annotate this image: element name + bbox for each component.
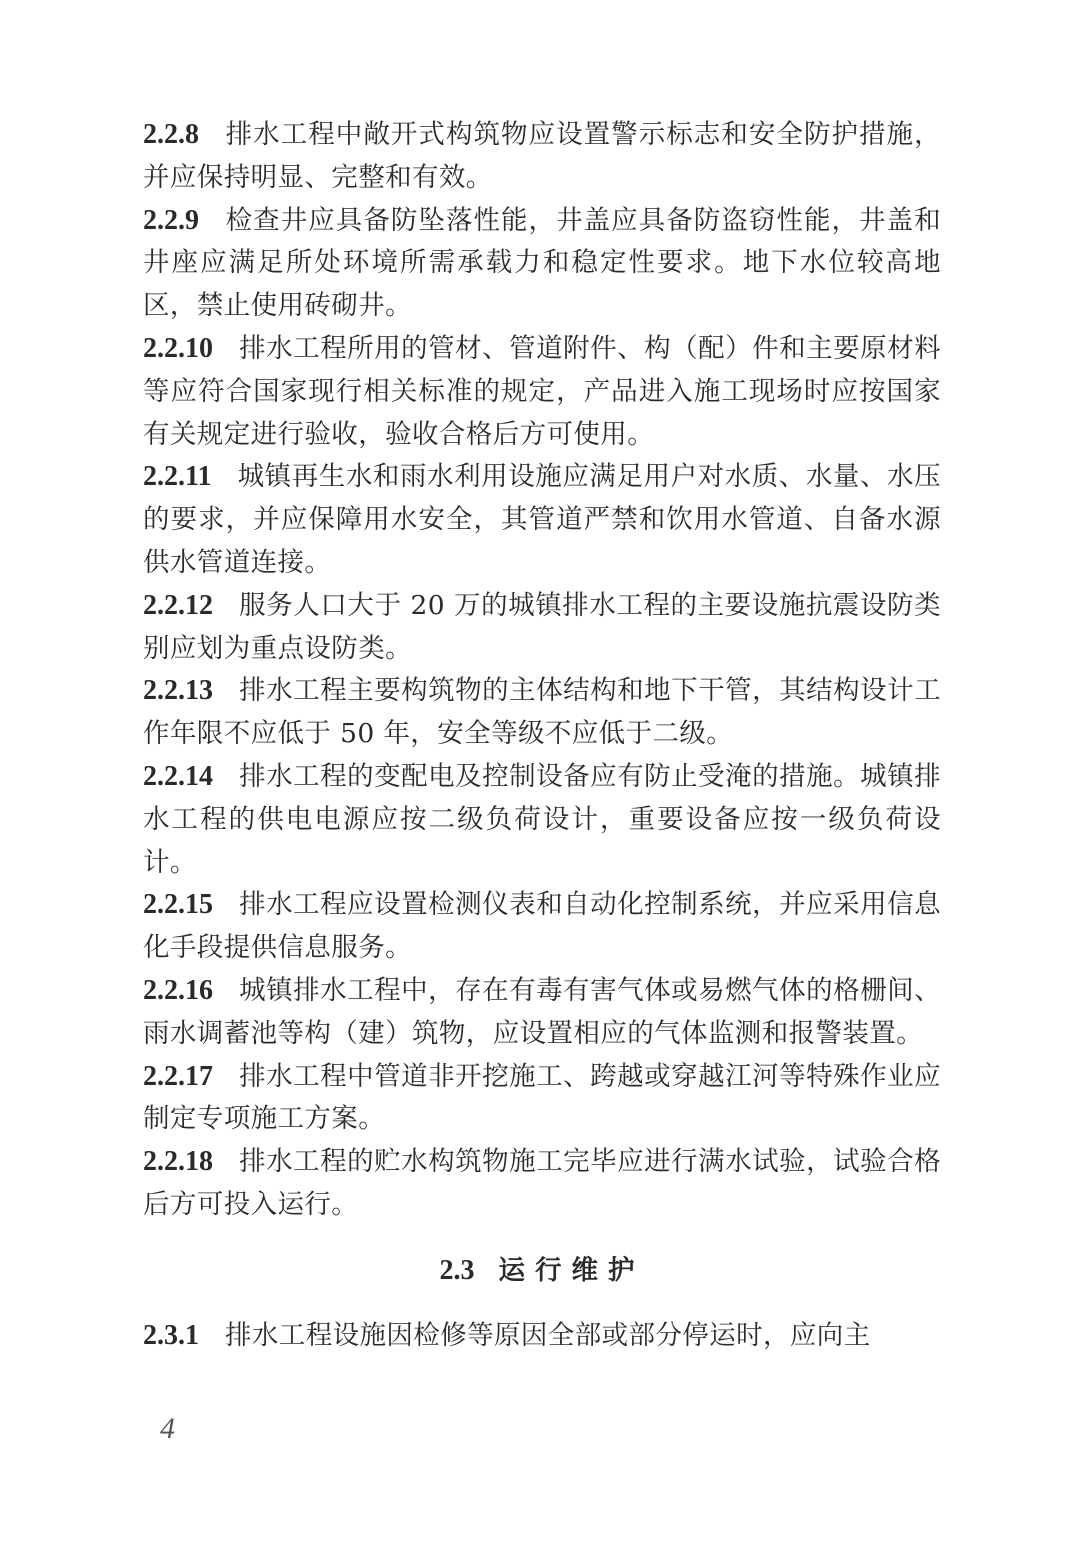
clause-2-2-13: 2.2.13排水工程主要构筑物的主体结构和地下干管，其结构设计工作年限不应低于 …	[143, 670, 941, 756]
clause-2-2-11: 2.2.11城镇再生水和雨水利用设施应满足用户对水质、水量、水压的要求，并应保障…	[143, 456, 941, 584]
clause-number: 2.2.13	[143, 675, 213, 706]
clause-2-2-9: 2.2.9检查井应具备防坠落性能，井盖应具备防盗窃性能，井盖和井座应满足所处环境…	[143, 200, 941, 328]
clause-number: 2.2.12	[143, 590, 213, 621]
section-title-text: 运行维护	[499, 1255, 645, 1286]
clause-number: 2.2.17	[143, 1061, 213, 1092]
clause-number: 2.2.16	[143, 975, 213, 1006]
clause-text: 排水工程主要构筑物的主体结构和地下干管，其结构设计工作年限不应低于 50 年，安…	[143, 675, 941, 749]
clause-text: 排水工程中敞开式构筑物应设置警示标志和安全防护措施，并应保持明显、完整和有效。	[143, 119, 941, 193]
clause-text: 服务人口大于 20 万的城镇排水工程的主要设施抗震设防类别应划为重点设防类。	[143, 590, 941, 664]
clause-number: 2.2.10	[143, 333, 213, 364]
clause-2-2-14: 2.2.14排水工程的变配电及控制设备应有防止受淹的措施。城镇排水工程的供电电源…	[143, 756, 941, 884]
section-number: 2.3	[440, 1255, 475, 1286]
clause-text: 排水工程应设置检测仪表和自动化控制系统，并应采用信息化手段提供信息服务。	[143, 889, 941, 963]
clause-2-2-15: 2.2.15排水工程应设置检测仪表和自动化控制系统，并应采用信息化手段提供信息服…	[143, 884, 941, 970]
document-page: 2.2.8排水工程中敞开式构筑物应设置警示标志和安全防护措施，并应保持明显、完整…	[143, 114, 941, 1357]
clause-2-2-18: 2.2.18排水工程的贮水构筑物施工完毕应进行满水试验，试验合格后方可投入运行。	[143, 1141, 941, 1227]
clause-text: 排水工程的变配电及控制设备应有防止受淹的措施。城镇排水工程的供电电源应按二级负荷…	[143, 761, 941, 878]
clause-number: 2.2.18	[143, 1146, 213, 1177]
clause-text: 检查井应具备防坠落性能，井盖应具备防盗窃性能，井盖和井座应满足所处环境所需承载力…	[143, 205, 941, 322]
clause-number: 2.2.14	[143, 761, 213, 792]
clause-number: 2.2.11	[143, 461, 211, 492]
clause-text: 城镇再生水和雨水利用设施应满足用户对水质、水量、水压的要求，并应保障用水安全，其…	[143, 461, 941, 578]
clause-text: 排水工程所用的管材、管道附件、构（配）件和主要原材料等应符合国家现行相关标准的规…	[143, 333, 941, 450]
clause-number: 2.2.9	[143, 205, 199, 236]
clause-2-2-16: 2.2.16城镇排水工程中，存在有毒有害气体或易燃气体的格栅间、雨水调蓄池等构（…	[143, 970, 941, 1056]
section-heading: 2.3运行维护	[143, 1250, 941, 1293]
clause-number: 2.3.1	[143, 1320, 199, 1351]
page-number: 4	[160, 1412, 175, 1446]
clause-text: 排水工程中管道非开挖施工、跨越或穿越江河等特殊作业应制定专项施工方案。	[143, 1061, 941, 1135]
clause-2-2-10: 2.2.10排水工程所用的管材、管道附件、构（配）件和主要原材料等应符合国家现行…	[143, 328, 941, 456]
clause-number: 2.2.8	[143, 119, 199, 150]
clause-text: 城镇排水工程中，存在有毒有害气体或易燃气体的格栅间、雨水调蓄池等构（建）筑物，应…	[143, 975, 941, 1049]
clause-2-3-1: 2.3.1排水工程设施因检修等原因全部或部分停运时，应向主	[143, 1315, 941, 1358]
clause-2-2-8: 2.2.8排水工程中敞开式构筑物应设置警示标志和安全防护措施，并应保持明显、完整…	[143, 114, 941, 200]
clause-text: 排水工程设施因检修等原因全部或部分停运时，应向主	[225, 1320, 871, 1351]
clause-text: 排水工程的贮水构筑物施工完毕应进行满水试验，试验合格后方可投入运行。	[143, 1146, 941, 1220]
clause-number: 2.2.15	[143, 889, 213, 920]
clause-2-2-12: 2.2.12服务人口大于 20 万的城镇排水工程的主要设施抗震设防类别应划为重点…	[143, 585, 941, 671]
clause-2-2-17: 2.2.17排水工程中管道非开挖施工、跨越或穿越江河等特殊作业应制定专项施工方案…	[143, 1056, 941, 1142]
